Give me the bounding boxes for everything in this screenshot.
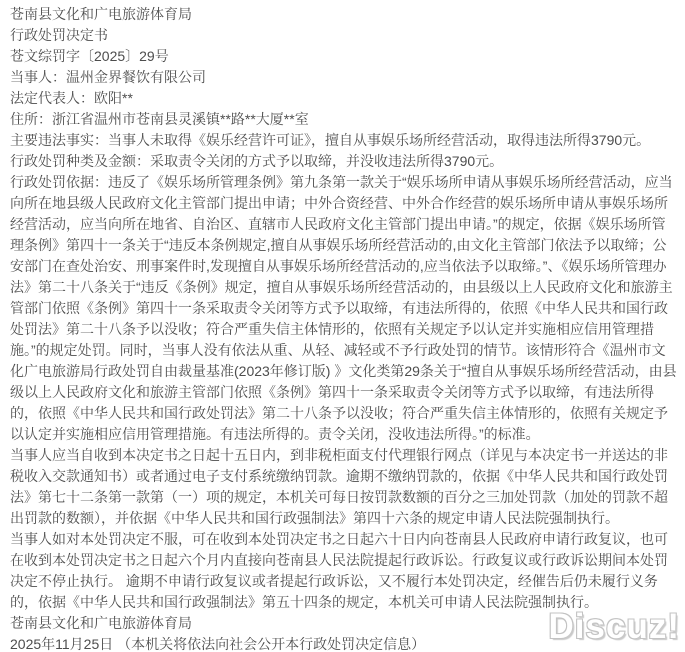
penalty-decision-document: 苍南县文化和广电旅游体育局 行政处罚决定书 苍文综罚字〔2025〕29号 当事人… bbox=[0, 0, 685, 652]
main-illegal-facts: 主要违法事实：当事人未取得《娱乐经营许可证》，擅自从事娱乐场所经营活动，取得违法… bbox=[10, 130, 678, 151]
document-title: 行政处罚决定书 bbox=[10, 25, 678, 46]
signature-authority: 苍南县文化和广电旅游体育局 bbox=[10, 613, 678, 634]
date-line: 2025年11月25日 （本机关将依法向社会公开本行政处罚决定信息） bbox=[10, 634, 678, 652]
penalty-basis-paragraph: 行政处罚依据：违反了《娱乐场所管理条例》第九条第一款关于“娱乐场所申请从事娱乐场… bbox=[10, 172, 678, 445]
penalty-type-and-amount: 行政处罚种类及金额：采取责令关闭的方式予以取缔，并没收违法所得3790元。 bbox=[10, 151, 678, 172]
party-line: 当事人：温州金界餐饮有限公司 bbox=[10, 67, 678, 88]
address-line: 住所：浙江省温州市苍南县灵溪镇**路**大厦**室 bbox=[10, 109, 678, 130]
appeal-rights-paragraph: 当事人如对本处罚决定不服，可在收到本处罚决定书之日起六十日内向苍南县人民政府申请… bbox=[10, 529, 678, 613]
issuing-authority: 苍南县文化和广电旅游体育局 bbox=[10, 4, 678, 25]
case-number: 苍文综罚字〔2025〕29号 bbox=[10, 46, 678, 67]
legal-representative-line: 法定代表人：欧阳** bbox=[10, 88, 678, 109]
payment-terms-paragraph: 当事人应当自收到本决定书之日起十五日内，到非税柜面支付代理银行网点（详见与本决定… bbox=[10, 445, 678, 529]
